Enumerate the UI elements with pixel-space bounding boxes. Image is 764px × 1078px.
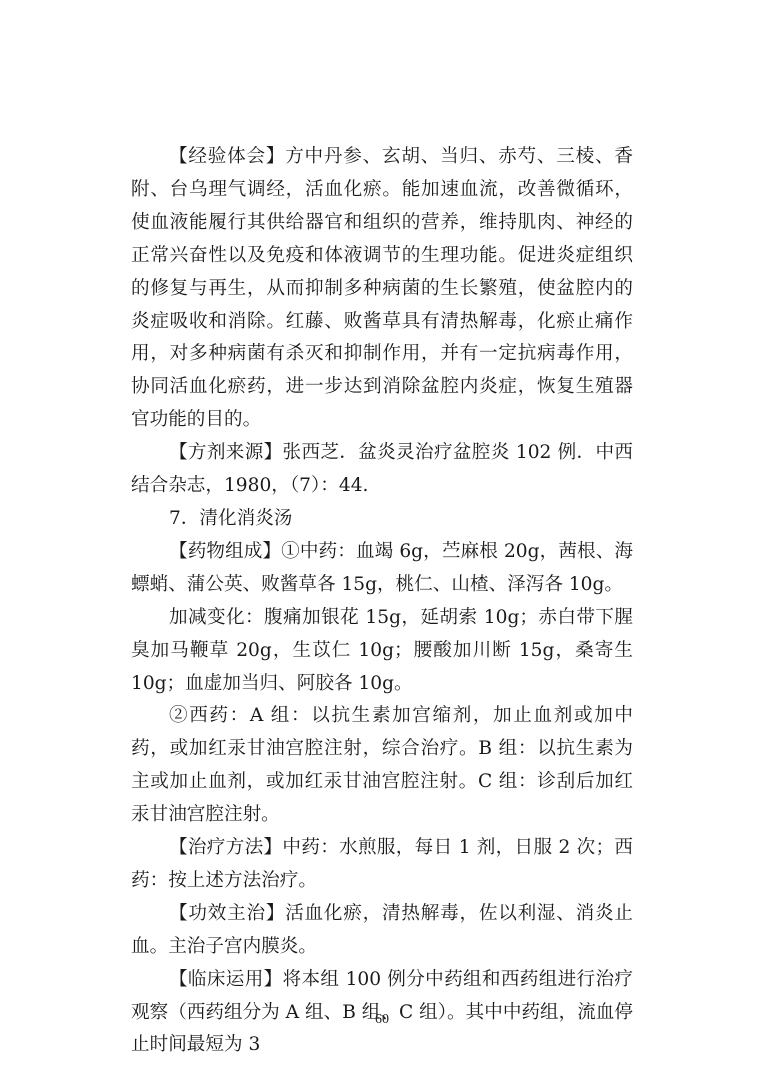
paragraph-source: 【方剂来源】张西芝．盆炎灵治疗盆腔炎 102 例．中西结合杂志，1980，（7）… <box>131 437 633 503</box>
paragraph-western-medicine: ②西药：A 组：以抗生素加宫缩剂，加止血剂或加中药，或加红汞甘油宫腔注射，综合治… <box>131 700 633 832</box>
page-number: 60 <box>0 1012 764 1028</box>
section-heading: 7．清化消炎汤 <box>131 503 633 536</box>
paragraph-modifications: 加减变化：腹痛加银花 15g，延胡索 10g；赤白带下腥臭加马鞭草 20g，生苡… <box>131 602 633 701</box>
paragraph-experience: 【经验体会】方中丹参、玄胡、当归、赤芍、三棱、香附、台乌理气调经，活血化瘀。能加… <box>131 141 633 437</box>
paragraph-ingredients: 【药物组成】①中药：血竭 6g，苎麻根 20g，茜根、海螵蛸、蒲公英、败酱草各 … <box>131 536 633 602</box>
paragraph-treatment-method: 【治疗方法】中药：水煎服，每日 1 剂，日服 2 次；西药：按上述方法治疗。 <box>131 832 633 898</box>
document-body: 【经验体会】方中丹参、玄胡、当归、赤芍、三棱、香附、台乌理气调经，活血化瘀。能加… <box>131 141 633 1062</box>
paragraph-efficacy: 【功效主治】活血化瘀，清热解毒，佐以利湿、消炎止血。主治子宫内膜炎。 <box>131 898 633 964</box>
